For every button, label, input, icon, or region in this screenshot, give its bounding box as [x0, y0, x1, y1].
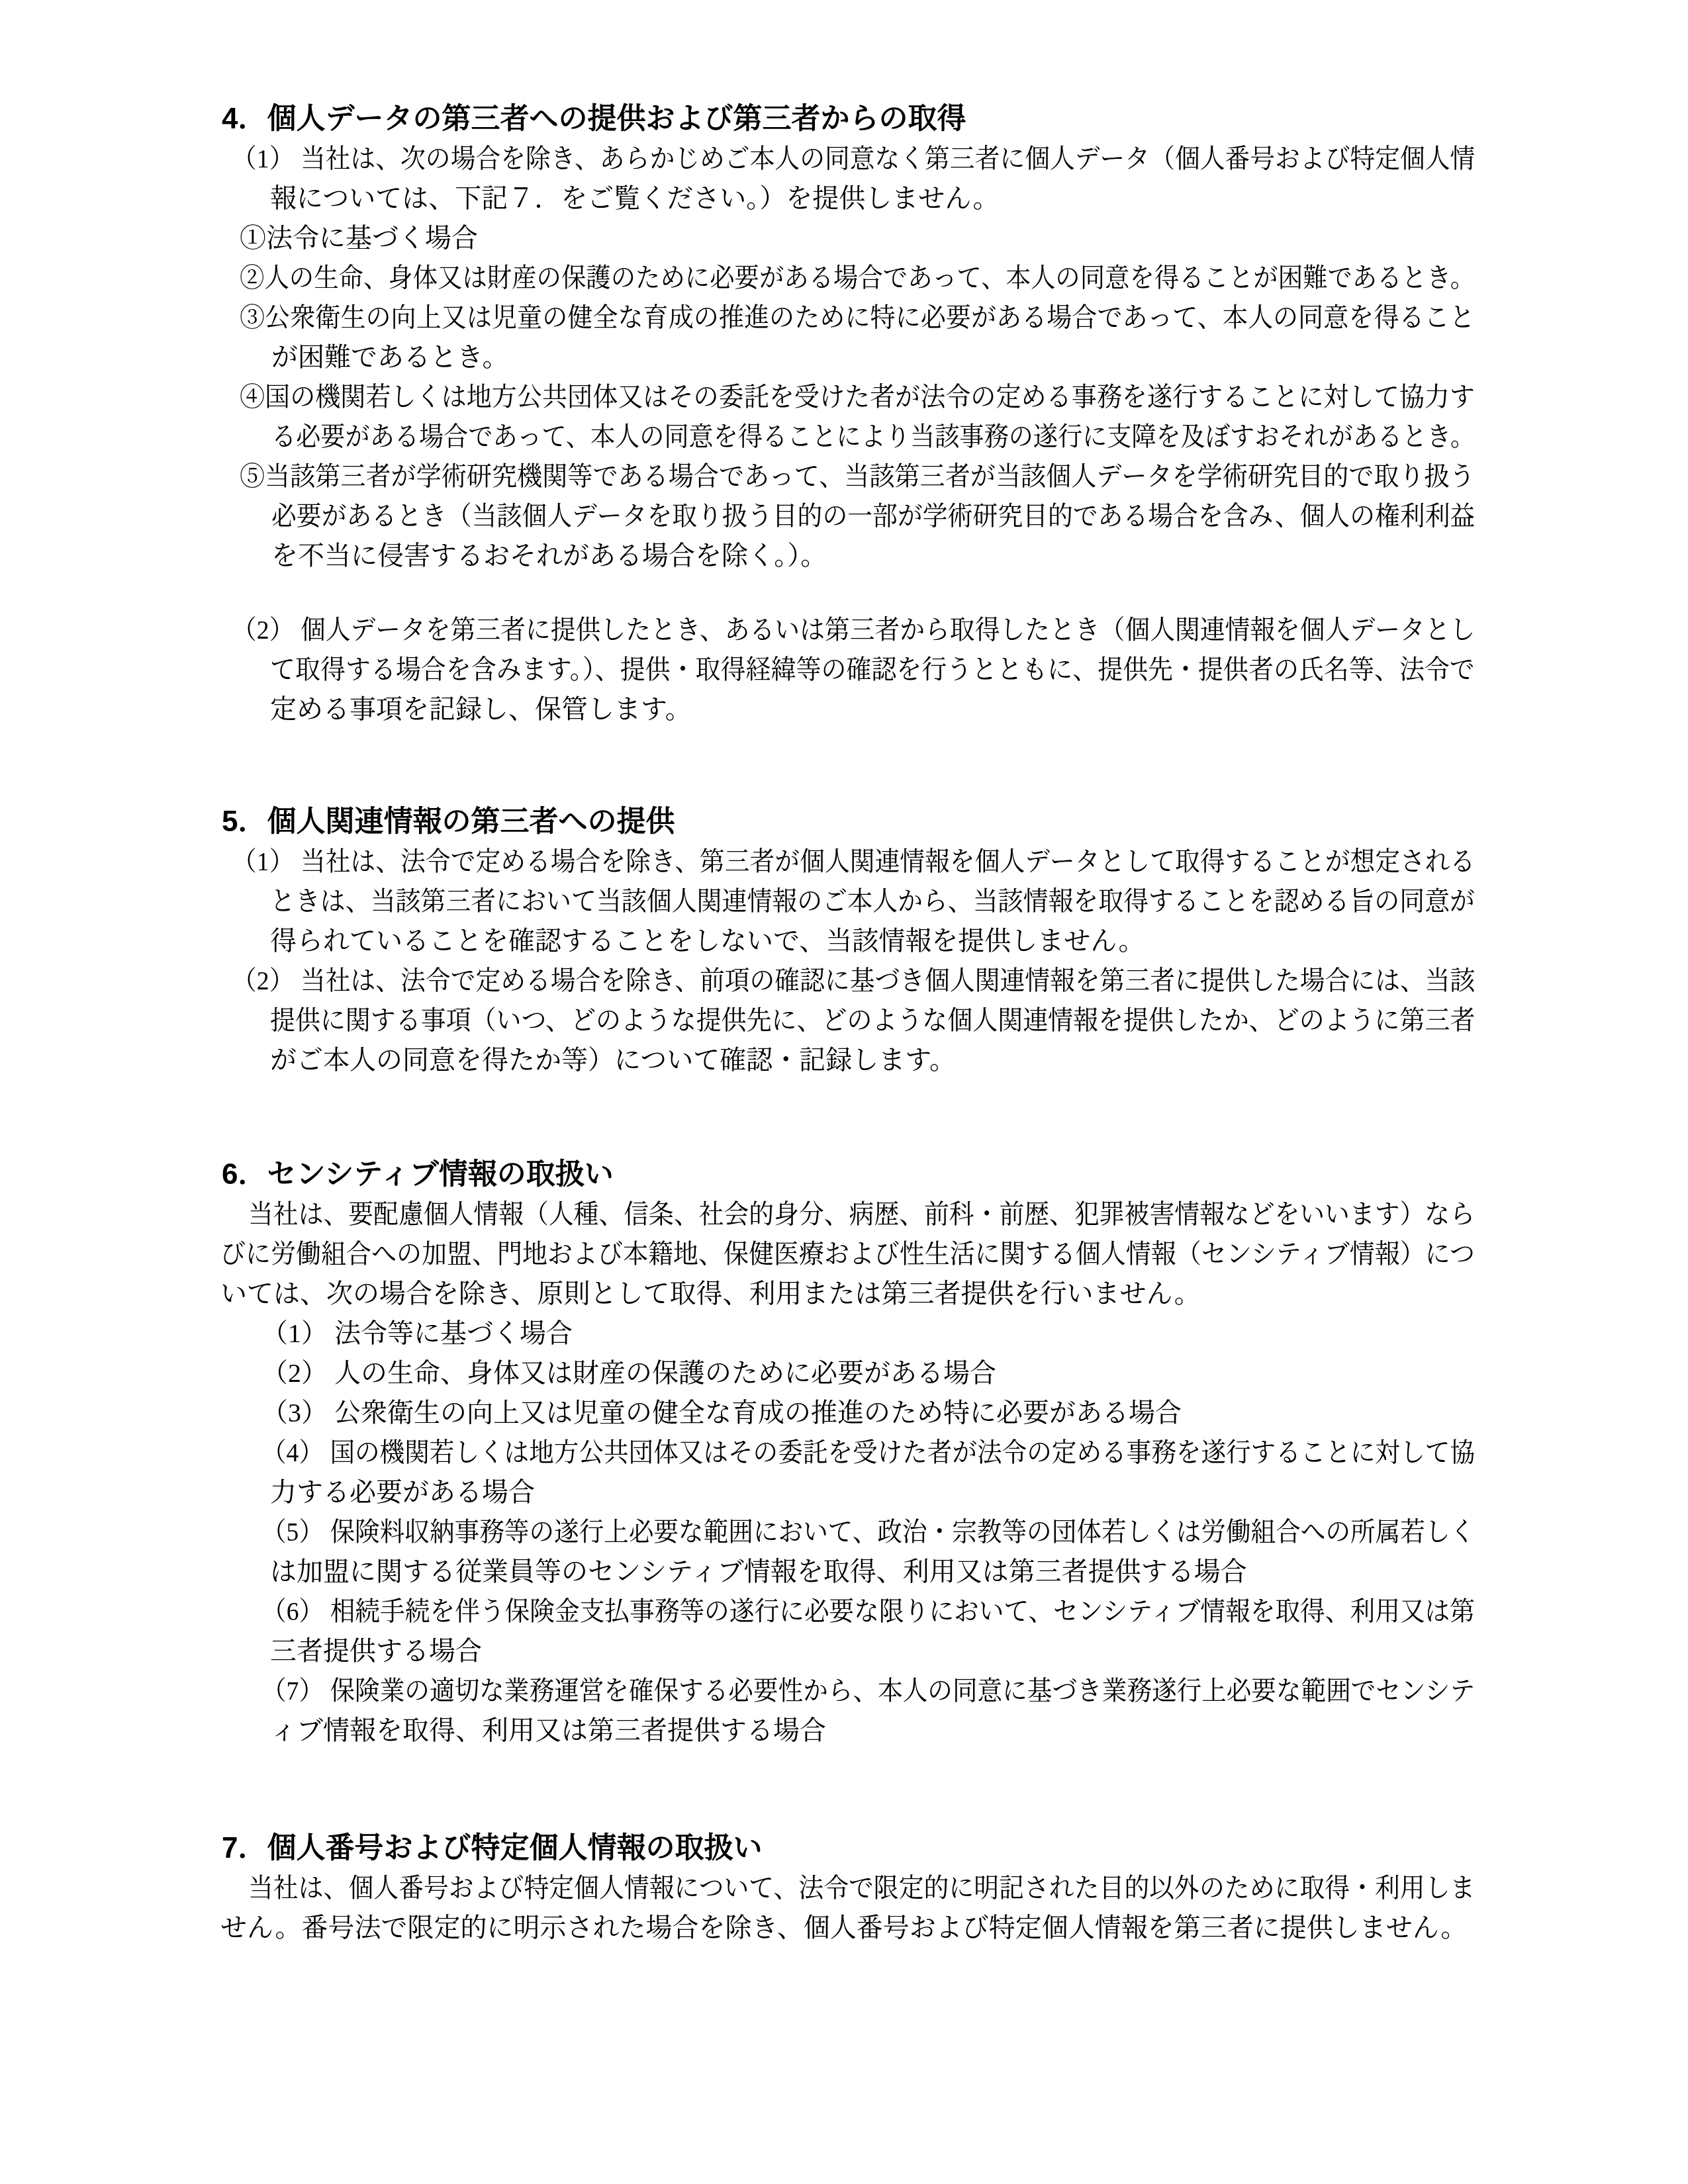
para-4-1: （1） 当社は、次の場合を除き、あらかじめご本人の同意なく第三者に個人データ（個… — [0, 139, 1688, 218]
item-4-circle-4-line-1: ④国の機関若しくは地方公共団体又はその委託を受けた者が法令の定める事務を遂行する… — [240, 377, 1416, 417]
para-4-2: （2） 個人データを第三者に提供したとき、あるいは第三者から取得したとき（個人関… — [0, 610, 1688, 729]
para-5-1: （1） 当社は、法令で定める場合を除き、第三者が個人関連情報を個人データとして取… — [0, 842, 1688, 961]
para-6-intro-line-1: 当社は、要配慮個人情報（人種、信条、社会的身分、病歴、前科・前歴、犯罪被害情報な… — [248, 1195, 1408, 1234]
item-6-2: （2） 人の生命、身体又は財産の保護のために必要がある場合 — [0, 1353, 1688, 1393]
item-6-6-line-1: （6） 相続手続を伴う保険金支払事務等の遂行に必要な限りにおいて、センシティブ情… — [261, 1592, 1405, 1631]
section-6: 6．センシティブ情報の取扱い当社は、要配慮個人情報（人種、信条、社会的身分、病歴… — [0, 1155, 1688, 1751]
para-4-2-line-3: 定める事項を記録し、保管します。 — [270, 690, 1475, 729]
item-4-circle-2-line-1: ②人の生命、身体又は財産の保護のために必要がある場合であって、本人の同意を得るこ… — [240, 258, 1394, 298]
item-4-circle-3: ③公衆衛生の向上又は児童の健全な育成の推進のために特に必要がある場合であって、本… — [0, 298, 1688, 377]
para-6-intro-line-2: びに労働組合への加盟、門地および本籍地、保健医療および性生活に関する個人情報（セ… — [220, 1234, 1412, 1274]
item-4-circle-2: ②人の生命、身体又は財産の保護のために必要がある場合であって、本人の同意を得るこ… — [0, 258, 1688, 298]
item-4-circle-5-line-2: 必要があるとき（当該個人データを取り扱う目的の一部が学術研究目的である場合を含み… — [271, 496, 1410, 536]
section-4-heading: 4．個人データの第三者への提供および第三者からの取得 — [222, 99, 1688, 139]
section-5-heading: 5．個人関連情報の第三者への提供 — [222, 802, 1688, 842]
item-4-circle-5: ⑤当該第三者が学術研究機関等である場合であって、当該第三者が当該個人データを学術… — [0, 457, 1688, 576]
para-7-1-line-2: せん。番号法で限定的に明示された場合を除き、個人番号および特定個人情報を第三者に… — [220, 1908, 1475, 1948]
para-6-intro: 当社は、要配慮個人情報（人種、信条、社会的身分、病歴、前科・前歴、犯罪被害情報な… — [0, 1195, 1688, 1314]
item-6-5-line-2: は加盟に関する従業員等のセンシティブ情報を取得、利用又は第三者提供する場合 — [270, 1552, 1475, 1592]
item-6-7-line-1: （7） 保険業の適切な業務運営を確保する必要性から、本人の同意に基づき業務遂行上… — [261, 1671, 1403, 1711]
document-page: 4．個人データの第三者への提供および第三者からの取得（1） 当社は、次の場合を除… — [0, 0, 1688, 2184]
item-6-4-line-1: （4） 国の機関若しくは地方公共団体又はその委託を受けた者が法令の定める事務を遂… — [261, 1433, 1402, 1473]
item-4-circle-4: ④国の機関若しくは地方公共団体又はその委託を受けた者が法令の定める事務を遂行する… — [0, 377, 1688, 457]
section-4: 4．個人データの第三者への提供および第三者からの取得（1） 当社は、次の場合を除… — [0, 99, 1688, 729]
para-5-1-line-2: ときは、当該第三者において当該個人関連情報のご本人から、当該情報を取得することを… — [270, 882, 1412, 921]
para-4-2-line-2: て取得する場合を含みます。）、提供・取得経緯等の確認を行うとともに、提供先・提供… — [270, 650, 1414, 690]
item-6-1-line-1: （1） 法令等に基づく場合 — [261, 1314, 1475, 1353]
item-4-circle-1-line-1: ①法令に基づく場合 — [240, 218, 1475, 258]
item-6-7-line-2: ィブ情報を取得、利用又は第三者提供する場合 — [270, 1711, 1475, 1751]
para-7-1: 当社は、個人番号および特定個人情報について、法令で限定的に明記された目的以外のた… — [0, 1868, 1688, 1948]
section-7: 7．個人番号および特定個人情報の取扱い当社は、個人番号および特定個人情報について… — [0, 1829, 1688, 1948]
document-content: 4．個人データの第三者への提供および第三者からの取得（1） 当社は、次の場合を除… — [0, 0, 1688, 1948]
para-5-2: （2） 当社は、法令で定める場合を除き、前項の確認に基づき個人関連情報を第三者に… — [0, 961, 1688, 1080]
para-4-1-line-1: （1） 当社は、次の場合を除き、あらかじめご本人の同意なく第三者に個人データ（個… — [232, 139, 1406, 179]
item-4-circle-5-line-3: を不当に侵害するおそれがある場合を除く。）。 — [271, 536, 1475, 576]
item-4-circle-3-line-1: ③公衆衛生の向上又は児童の健全な育成の推進のために特に必要がある場合であって、本… — [240, 298, 1416, 338]
para-5-1-line-3: 得られていることを確認することをしないで、当該情報を提供しません。 — [270, 921, 1475, 961]
para-4-2-line-1: （2） 個人データを第三者に提供したとき、あるいは第三者から取得したとき（個人関… — [232, 610, 1406, 650]
item-6-5: （5） 保険料収納事務等の遂行上必要な範囲において、政治・宗教等の団体若しくは労… — [0, 1512, 1688, 1592]
section-6-heading: 6．センシティブ情報の取扱い — [222, 1155, 1688, 1195]
para-7-1-line-1: 当社は、個人番号および特定個人情報について、法令で限定的に明記された目的以外のた… — [248, 1868, 1409, 1908]
section-7-heading: 7．個人番号および特定個人情報の取扱い — [222, 1829, 1688, 1868]
para-5-2-line-2: 提供に関する事項（いつ、どのような提供先に、どのような個人関連情報を提供したか、… — [270, 1001, 1413, 1040]
item-6-1: （1） 法令等に基づく場合 — [0, 1314, 1688, 1353]
item-6-3: （3） 公衆衛生の向上又は児童の健全な育成の推進のため特に必要がある場合 — [0, 1393, 1688, 1433]
item-6-4: （4） 国の機関若しくは地方公共団体又はその委託を受けた者が法令の定める事務を遂… — [0, 1433, 1688, 1512]
item-6-4-line-2: 力する必要がある場合 — [270, 1473, 1475, 1512]
section-5: 5．個人関連情報の第三者への提供（1） 当社は、法令で定める場合を除き、第三者が… — [0, 802, 1688, 1080]
item-4-circle-1: ①法令に基づく場合 — [0, 218, 1688, 258]
para-5-1-line-1: （1） 当社は、法令で定める場合を除き、第三者が個人関連情報を個人データとして取… — [232, 842, 1406, 882]
para-5-2-line-3: がご本人の同意を得たか等）について確認・記録します。 — [270, 1040, 1475, 1080]
para-6-intro-line-3: いては、次の場合を除き、原則として取得、利用または第三者提供を行いません。 — [220, 1274, 1475, 1314]
item-4-circle-5-line-1: ⑤当該第三者が学術研究機関等である場合であって、当該第三者が当該個人データを学術… — [240, 457, 1416, 496]
item-6-6: （6） 相続手続を伴う保険金支払事務等の遂行に必要な限りにおいて、センシティブ情… — [0, 1592, 1688, 1671]
para-5-2-line-1: （2） 当社は、法令で定める場合を除き、前項の確認に基づき個人関連情報を第三者に… — [232, 961, 1406, 1001]
item-6-7: （7） 保険業の適切な業務運営を確保する必要性から、本人の同意に基づき業務遂行上… — [0, 1671, 1688, 1751]
item-6-2-line-1: （2） 人の生命、身体又は財産の保護のために必要がある場合 — [261, 1353, 1475, 1393]
item-4-circle-4-line-2: る必要がある場合であって、本人の同意を得ることにより当該事務の遂行に支障を及ぼす… — [271, 417, 1389, 457]
item-6-6-line-2: 三者提供する場合 — [270, 1631, 1475, 1671]
item-6-3-line-1: （3） 公衆衛生の向上又は児童の健全な育成の推進のため特に必要がある場合 — [261, 1393, 1475, 1433]
item-4-circle-3-line-2: が困難であるとき。 — [271, 338, 1475, 377]
item-6-5-line-1: （5） 保険料収納事務等の遂行上必要な範囲において、政治・宗教等の団体若しくは労… — [261, 1512, 1403, 1552]
para-4-1-line-2: 報については、下記７．をご覧ください。）を提供しません。 — [270, 179, 1475, 218]
